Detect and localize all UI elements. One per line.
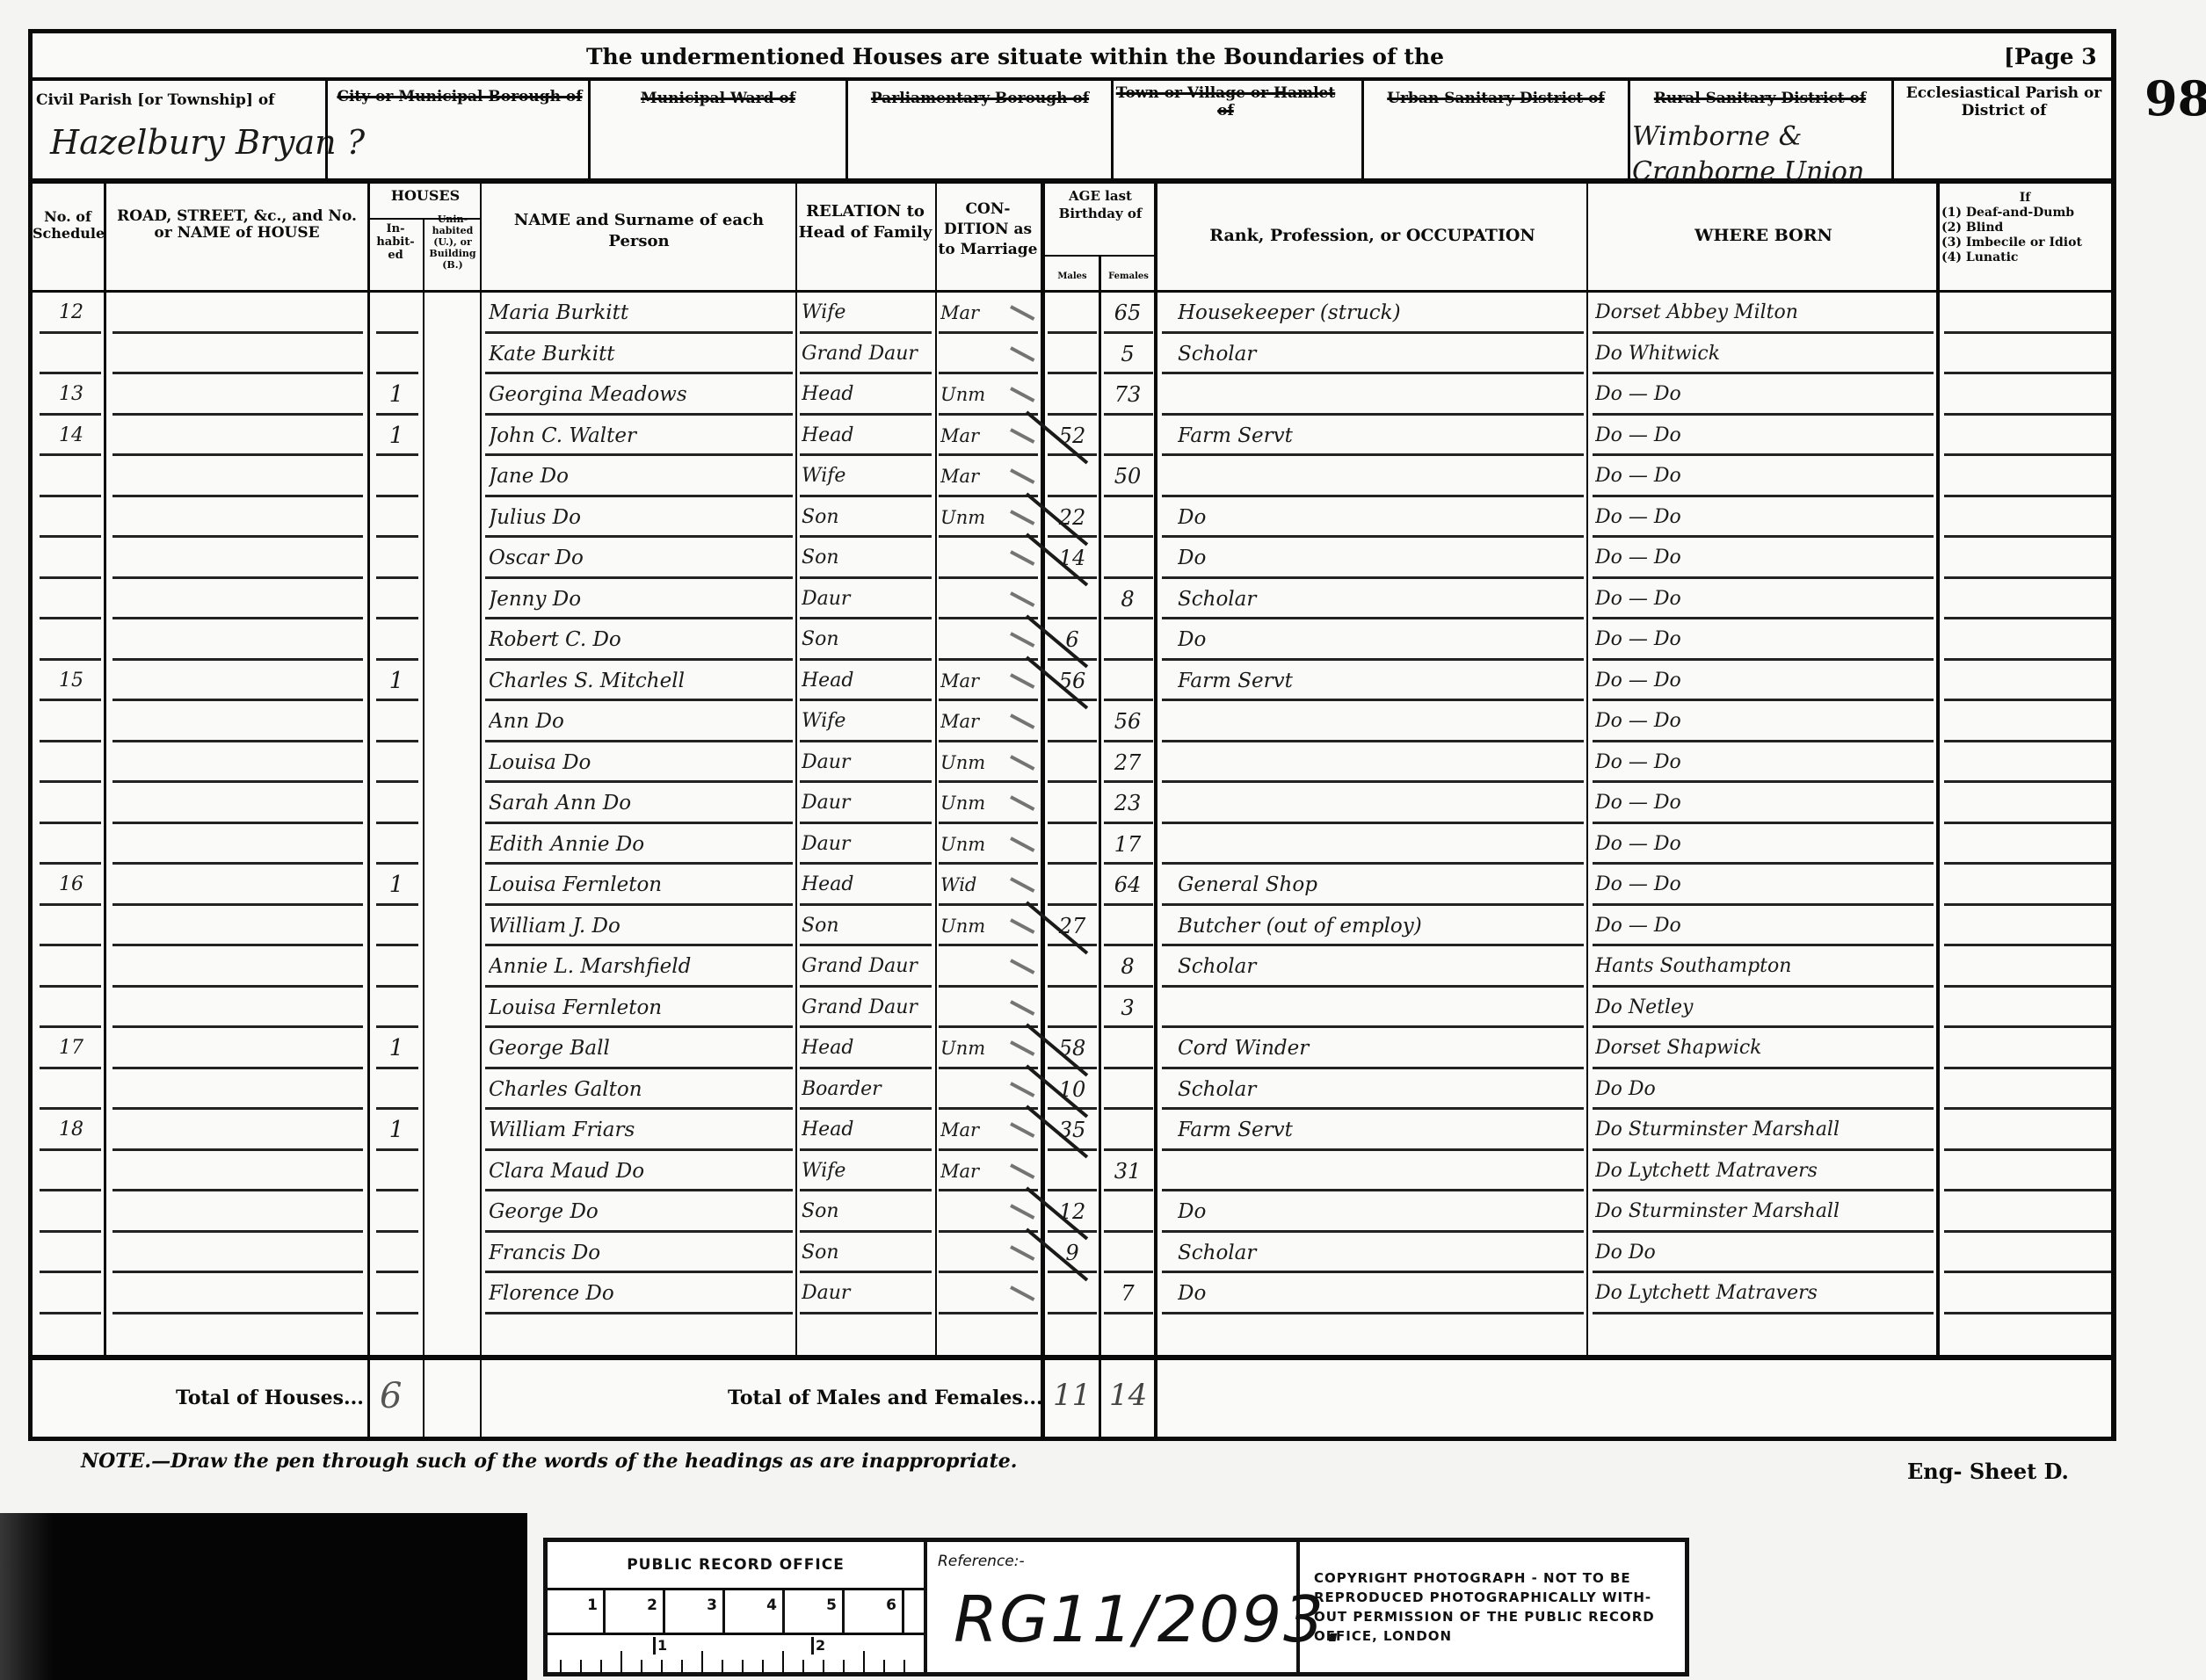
inhabited-mark: 1 — [374, 374, 419, 415]
table-row: 12Maria BurkittWifeMar65Housekeeper (str… — [0, 293, 2206, 334]
where-born: Do — Do — [1595, 701, 1934, 742]
page-label: [Page 3 — [2004, 44, 2097, 69]
person-name: Louisa Fernleton — [489, 988, 792, 1028]
table-row: Oscar DoSon14DoDo — Do — [0, 538, 2206, 579]
table-row: Kate BurkittGrand Daur5ScholarDo Whitwic… — [0, 334, 2206, 375]
schedule-number — [44, 783, 98, 823]
where-born: Do — Do — [1595, 783, 1934, 823]
female-age — [1103, 619, 1152, 660]
where-born: Do — Do — [1595, 661, 1934, 701]
person-name: Louisa Fernleton — [489, 865, 792, 905]
person-name: Ann Do — [489, 701, 792, 742]
inhabited-mark: 1 — [374, 661, 419, 701]
female-age: 23 — [1103, 783, 1152, 823]
occupation: Cord Winder — [1178, 1028, 1582, 1068]
male-age — [1048, 334, 1097, 374]
female-age: 7 — [1103, 1273, 1152, 1314]
table-row: William J. DoSonUnm27Butcher (out of emp… — [0, 906, 2206, 947]
occupation — [1178, 701, 1582, 742]
relation: Son — [802, 1191, 933, 1232]
inhabited-mark — [374, 1233, 419, 1273]
female-age: 50 — [1103, 456, 1152, 496]
person-name: William J. Do — [489, 906, 792, 946]
schedule-number — [44, 701, 98, 742]
reference-value: RG11/2093. — [954, 1582, 1347, 1656]
district-header: Civil Parish [or Township] of Hazelbury … — [33, 81, 2112, 178]
female-age — [1103, 1191, 1152, 1232]
schedule-number — [44, 619, 98, 660]
where-born: Do — Do — [1595, 824, 1934, 865]
ruler-cm-mark: 4 — [727, 1590, 785, 1633]
female-age: 5 — [1103, 334, 1152, 374]
schedule-number — [44, 946, 98, 987]
inhabited-mark — [374, 824, 419, 865]
folio-number: 98 — [2144, 70, 2206, 127]
person-name: Charles S. Mitchell — [489, 661, 792, 701]
person-name: Kate Burkitt — [489, 334, 792, 374]
where-born: Do Do — [1595, 1069, 1934, 1110]
female-age — [1103, 1233, 1152, 1273]
occupation — [1178, 374, 1582, 415]
female-age — [1103, 538, 1152, 578]
table-row: Robert C. DoSon6DoDo — Do — [0, 619, 2206, 661]
relation: Head — [802, 661, 933, 701]
inhabited-mark — [374, 742, 419, 783]
inhabited-mark: 1 — [374, 865, 419, 905]
male-age — [1048, 865, 1097, 905]
relation: Daur — [802, 824, 933, 865]
col-header-age: AGE last Birthday of — [1045, 187, 1156, 222]
occupation — [1178, 988, 1582, 1028]
occupation: Farm Servt — [1178, 416, 1582, 456]
occupation: Butcher (out of employ) — [1178, 906, 1582, 946]
relation: Son — [802, 497, 933, 538]
relation: Head — [802, 416, 933, 456]
table-row: 181William FriarsHeadMar35Farm ServtDo S… — [0, 1110, 2206, 1151]
occupation — [1178, 824, 1582, 865]
col-header-occupation: Rank, Profession, or OCCUPATION — [1159, 228, 1586, 244]
person-name: Florence Do — [489, 1273, 792, 1314]
occupation: Do — [1178, 538, 1582, 578]
divider — [28, 1355, 2116, 1360]
pro-stamp: PUBLIC RECORD OFFICE 123456 12 Reference… — [543, 1538, 1689, 1676]
female-age: 17 — [1103, 824, 1152, 865]
schedule-number: 15 — [44, 661, 98, 701]
row-rule — [112, 1312, 363, 1314]
where-born: Do — Do — [1595, 865, 1934, 905]
reference-label: Reference:- — [938, 1553, 1025, 1570]
occupation — [1178, 456, 1582, 496]
table-row: Clara Maud DoWifeMar31Do Lytchett Matrav… — [0, 1151, 2206, 1192]
column-headers: No. of Schedule ROAD, STREET, &c., and N… — [33, 184, 2112, 291]
relation: Daur — [802, 579, 933, 619]
female-age: 56 — [1103, 701, 1152, 742]
where-born: Do Sturminster Marshall — [1595, 1191, 1934, 1232]
person-name: Julius Do — [489, 497, 792, 538]
relation: Head — [802, 1028, 933, 1068]
schedule-number — [44, 742, 98, 783]
total-females-value: 14 — [1109, 1378, 1147, 1413]
inhabited-mark: 1 — [374, 416, 419, 456]
schedule-number — [44, 334, 98, 374]
where-born: Do Do — [1595, 1233, 1934, 1273]
person-name: Jenny Do — [489, 579, 792, 619]
person-name: George Ball — [489, 1028, 792, 1068]
person-name: Charles Galton — [489, 1069, 792, 1110]
col-header-relation: RELATION to Head of Family — [797, 201, 933, 243]
sheet-label: Eng- Sheet D. — [1907, 1459, 2069, 1484]
occupation: Scholar — [1178, 579, 1582, 619]
schedule-number: 13 — [44, 374, 98, 415]
male-age — [1048, 374, 1097, 415]
male-age — [1048, 946, 1097, 987]
relation: Wife — [802, 293, 933, 333]
occupation: Scholar — [1178, 946, 1582, 987]
occupation: Farm Servt — [1178, 661, 1582, 701]
inhabited-mark — [374, 988, 419, 1028]
district-label-rural-sanitary: Rural Sanitary District of — [1630, 90, 1890, 107]
person-name: Jane Do — [489, 456, 792, 496]
occupation: Do — [1178, 1191, 1582, 1232]
inhabited-mark — [374, 497, 419, 538]
occupation: Do — [1178, 1273, 1582, 1314]
person-name: Maria Burkitt — [489, 293, 792, 333]
col-header-condition: CON-DITION as to Marriage — [936, 199, 1040, 260]
female-age: 64 — [1103, 865, 1152, 905]
col-header-where-born: WHERE BORN — [1590, 228, 1937, 244]
schedule-number — [44, 538, 98, 578]
inhabited-mark: 1 — [374, 1028, 419, 1068]
schedule-number — [44, 579, 98, 619]
total-persons-label: Total of Males and Females... — [728, 1387, 1043, 1409]
occupation — [1178, 783, 1582, 823]
where-born: Do — Do — [1595, 374, 1934, 415]
male-age — [1048, 701, 1097, 742]
person-name: Robert C. Do — [489, 619, 792, 660]
where-born: Do — Do — [1595, 579, 1934, 619]
inhabited-mark — [374, 1069, 419, 1110]
person-name: Clara Maud Do — [489, 1151, 792, 1191]
where-born: Dorset Abbey Milton — [1595, 293, 1934, 333]
occupation: Scholar — [1178, 334, 1582, 374]
table-row: Jane DoWifeMar50Do — Do — [0, 456, 2206, 497]
col-header-males: Males — [1045, 268, 1099, 285]
census-rows: 12Maria BurkittWifeMar65Housekeeper (str… — [0, 293, 2206, 1355]
relation: Grand Daur — [802, 946, 933, 987]
relation: Wife — [802, 701, 933, 742]
inhabited-mark: 1 — [374, 1110, 419, 1150]
district-label-municipal-ward: Municipal Ward of — [591, 90, 845, 107]
relation: Head — [802, 1110, 933, 1150]
relation: Son — [802, 619, 933, 660]
table-row: Charles GaltonBoarder10ScholarDo Do — [0, 1069, 2206, 1111]
district-value-rural-sanitary: Wimborne & Cranborne Union — [1632, 119, 1896, 190]
col-header-houses: HOUSES — [369, 187, 482, 204]
relation: Grand Daur — [802, 334, 933, 374]
inhabited-mark — [374, 538, 419, 578]
schedule-number — [44, 1191, 98, 1232]
relation: Wife — [802, 456, 933, 496]
ruler-inch-mark: 2 — [811, 1637, 825, 1655]
district-label-civil-parish: Civil Parish [or Township] of — [33, 91, 326, 109]
relation: Daur — [802, 783, 933, 823]
relation: Son — [802, 906, 933, 946]
inhabited-mark — [374, 1191, 419, 1232]
schedule-number: 16 — [44, 865, 98, 905]
district-value-civil-parish: Hazelbury Bryan ? — [50, 123, 365, 162]
person-name: Sarah Ann Do — [489, 783, 792, 823]
person-name: John C. Walter — [489, 416, 792, 456]
copyright-notice: COPYRIGHT PHOTOGRAPH - NOT TO BE REPRODU… — [1314, 1568, 1674, 1646]
occupation: Scholar — [1178, 1069, 1582, 1110]
relation: Son — [802, 538, 933, 578]
female-age — [1103, 416, 1152, 456]
person-name: Georgina Meadows — [489, 374, 792, 415]
total-males-value: 11 — [1053, 1378, 1091, 1413]
district-label-parliamentary-borough: Parliamentary Borough of — [848, 90, 1112, 107]
col-header-uninhabited: Unin-habited (U.), or Building (B.) — [425, 214, 481, 271]
female-age: 65 — [1103, 293, 1152, 333]
occupation: Do — [1178, 497, 1582, 538]
where-born: Do Sturminster Marshall — [1595, 1110, 1934, 1150]
relation: Head — [802, 865, 933, 905]
person-name: Annie L. Marshfield — [489, 946, 792, 987]
ruler-cm-mark: 5 — [787, 1590, 845, 1633]
inhabited-mark — [374, 906, 419, 946]
pro-reference-block: Reference:- RG11/2093. — [927, 1542, 1300, 1672]
schedule-number: 18 — [44, 1110, 98, 1150]
where-born: Do Whitwick — [1595, 334, 1934, 374]
relation: Daur — [802, 742, 933, 783]
occupation: Farm Servt — [1178, 1110, 1582, 1150]
table-row: Julius DoSonUnm22DoDo — Do — [0, 497, 2206, 539]
occupation — [1178, 1151, 1582, 1191]
schedule-number — [44, 906, 98, 946]
male-age — [1048, 456, 1097, 496]
male-age — [1048, 293, 1097, 333]
table-row: Jenny DoDaur8ScholarDo — Do — [0, 579, 2206, 620]
where-born: Hants Southampton — [1595, 946, 1934, 987]
female-age: 8 — [1103, 579, 1152, 619]
inhabited-mark — [374, 783, 419, 823]
table-row: Sarah Ann DoDaurUnm23Do — Do — [0, 783, 2206, 824]
schedule-number: 12 — [44, 293, 98, 333]
col-header-name: NAME and Surname of each Person — [485, 210, 793, 252]
where-born: Do Netley — [1595, 988, 1934, 1028]
table-row: Louisa FernletonGrand Daur3Do Netley — [0, 988, 2206, 1029]
where-born: Do — Do — [1595, 497, 1934, 538]
relation: Head — [802, 374, 933, 415]
where-born: Do Lytchett Matravers — [1595, 1151, 1934, 1191]
occupation — [1178, 742, 1582, 783]
table-row: Francis DoSon9ScholarDo Do — [0, 1233, 2206, 1274]
scan-dark-margin — [0, 1513, 527, 1680]
table-row: Louisa DoDaurUnm27Do — Do — [0, 742, 2206, 784]
female-age: 31 — [1103, 1151, 1152, 1191]
where-born: Do — Do — [1595, 906, 1934, 946]
table-row: 171George BallHeadUnm58Cord WinderDorset… — [0, 1028, 2206, 1069]
occupation: Scholar — [1178, 1233, 1582, 1273]
total-houses-label: Total of Houses... — [176, 1387, 364, 1409]
inhabited-mark — [374, 701, 419, 742]
col-header-schedule: No. of Schedule — [33, 208, 103, 242]
heading-note: NOTE.—Draw the pen through such of the w… — [81, 1450, 1017, 1473]
district-label-urban-sanitary: Urban Sanitary District of — [1364, 90, 1628, 107]
table-row: 161Louisa FernletonHeadWid64General Shop… — [0, 865, 2206, 906]
person-name: George Do — [489, 1191, 792, 1232]
inhabited-mark — [374, 619, 419, 660]
col-header-infirmity: If (1) Deaf-and-Dumb (2) Blind (3) Imbec… — [1941, 191, 2108, 265]
relation: Wife — [802, 1151, 933, 1191]
pro-ruler-block: PUBLIC RECORD OFFICE 123456 12 — [548, 1542, 927, 1672]
occupation: General Shop — [1178, 865, 1582, 905]
relation: Boarder — [802, 1069, 933, 1110]
ruler-cm-mark: 3 — [667, 1590, 725, 1633]
male-age — [1048, 824, 1097, 865]
person-name: Louisa Do — [489, 742, 792, 783]
total-houses-value: 6 — [380, 1376, 402, 1416]
male-age — [1048, 783, 1097, 823]
inhabited-mark — [374, 334, 419, 374]
table-row: Florence DoDaur7DoDo Lytchett Matravers — [0, 1273, 2206, 1314]
schedule-number — [44, 824, 98, 865]
female-age — [1103, 1069, 1152, 1110]
male-age — [1048, 988, 1097, 1028]
where-born: Do — Do — [1595, 742, 1934, 783]
female-age — [1103, 1110, 1152, 1150]
inhabited-mark — [374, 293, 419, 333]
male-age — [1048, 579, 1097, 619]
schedule-number: 14 — [44, 416, 98, 456]
table-row: 131Georgina MeadowsHeadUnm73Do — Do — [0, 374, 2206, 416]
col-header-females: Females — [1101, 268, 1156, 285]
female-age — [1103, 1028, 1152, 1068]
occupation: Housekeeper (struck) — [1178, 293, 1582, 333]
male-age — [1048, 742, 1097, 783]
inhabited-mark — [374, 1273, 419, 1314]
ruler-inch-mark: 1 — [653, 1637, 667, 1655]
sheet-title: The undermentioned Houses are situate wi… — [0, 44, 2030, 69]
where-born: Do — Do — [1595, 538, 1934, 578]
female-age: 3 — [1103, 988, 1152, 1028]
schedule-number — [44, 497, 98, 538]
row-rule — [1944, 1312, 2111, 1314]
relation: Son — [802, 1233, 933, 1273]
where-born: Dorset Shapwick — [1595, 1028, 1934, 1068]
where-born: Do — Do — [1595, 456, 1934, 496]
col-header-road: ROAD, STREET, &c., and No. or NAME of HO… — [107, 208, 366, 242]
inhabited-mark — [374, 579, 419, 619]
where-born: Do — Do — [1595, 416, 1934, 456]
schedule-number — [44, 1273, 98, 1314]
schedule-number — [44, 988, 98, 1028]
female-age: 73 — [1103, 374, 1152, 415]
schedule-number: 17 — [44, 1028, 98, 1068]
ruler-cm-mark: 6 — [846, 1590, 904, 1633]
schedule-number — [44, 1069, 98, 1110]
table-row: Edith Annie DoDaurUnm17Do — Do — [0, 824, 2206, 865]
table-row: 151Charles S. MitchellHeadMar56Farm Serv… — [0, 661, 2206, 702]
female-age: 27 — [1103, 742, 1152, 783]
district-label-ecclesiastical-parish: Ecclesiastical Parish or District of — [1894, 84, 2114, 119]
female-age: 8 — [1103, 946, 1152, 987]
table-row: George DoSon12DoDo Sturminster Marshall — [0, 1191, 2206, 1233]
schedule-number — [44, 1151, 98, 1191]
inhabited-mark — [374, 1151, 419, 1191]
male-age — [1048, 1273, 1097, 1314]
occupation: Do — [1178, 619, 1582, 660]
pro-office-label: PUBLIC RECORD OFFICE — [548, 1556, 924, 1574]
female-age — [1103, 661, 1152, 701]
where-born: Do — Do — [1595, 619, 1934, 660]
table-row: 141John C. WalterHeadMar52Farm ServtDo —… — [0, 416, 2206, 457]
relation: Grand Daur — [802, 988, 933, 1028]
col-header-inhabited: In-habit-ed — [369, 222, 422, 262]
table-row: Annie L. MarshfieldGrand Daur8ScholarHan… — [0, 946, 2206, 988]
person-name: Oscar Do — [489, 538, 792, 578]
table-row: Ann DoWifeMar56Do — Do — [0, 701, 2206, 742]
district-label-municipal-borough: City or Municipal Borough of — [328, 88, 591, 105]
inhabited-mark — [374, 946, 419, 987]
person-name: Francis Do — [489, 1233, 792, 1273]
female-age — [1103, 906, 1152, 946]
person-name: Edith Annie Do — [489, 824, 792, 865]
ruler-cm-mark: 1 — [548, 1590, 606, 1633]
schedule-number — [44, 1233, 98, 1273]
district-label-town-village: Town or Village or Hamlet of — [1114, 84, 1338, 119]
pro-copyright-block: COPYRIGHT PHOTOGRAPH - NOT TO BE REPRODU… — [1300, 1542, 1687, 1672]
ruler-cm-mark: 2 — [607, 1590, 665, 1633]
female-age — [1103, 497, 1152, 538]
schedule-number — [44, 456, 98, 496]
where-born: Do Lytchett Matravers — [1595, 1273, 1934, 1314]
person-name: William Friars — [489, 1110, 792, 1150]
relation: Daur — [802, 1273, 933, 1314]
inhabited-mark — [374, 456, 419, 496]
male-age — [1048, 1151, 1097, 1191]
